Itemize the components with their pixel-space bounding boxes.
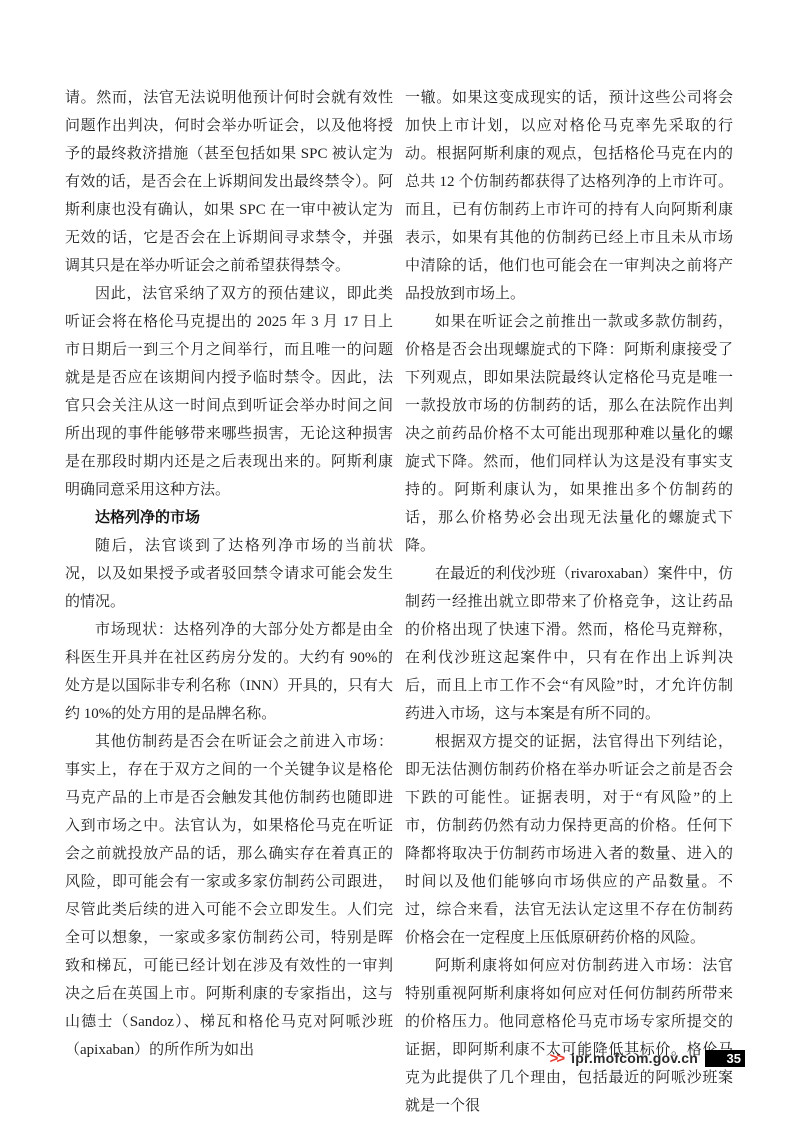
paragraph-price-spiral: 如果在听证会之前推出一款或多款仿制药，价格是否会出现螺旋式的下降：阿斯利康接受了… — [405, 308, 733, 560]
paragraph-hearing-timing: 因此，法官采纳了双方的预估建议，即此类听证会将在格伦马克提出的 2025 年 3… — [65, 280, 393, 504]
paragraph-other-generics: 其他仿制药是否会在听证会之前进入市场：事实上，存在于双方之间的一个关键争议是格伦… — [65, 728, 393, 1064]
footer-site-url: ipr.mofcom.gov.cn — [571, 1050, 698, 1067]
section-heading-dapagliflozin-market: 达格列净的市场 — [65, 504, 393, 532]
paragraph-continuation: 一辙。如果这变成现实的话，预计这些公司将会加快上市计划，以应对格伦马克率先采取的… — [405, 84, 733, 308]
paragraph-continuation: 请。然而，法官无法说明他预计何时会就有效性问题作出判决，何时会举办听证会，以及他… — [65, 84, 393, 280]
paragraph-market-intro: 随后，法官谈到了达格列净市场的当前状况，以及如果授予或者驳回禁令请求可能会发生的… — [65, 532, 393, 616]
paragraph-rivaroxaban-case: 在最近的利伐沙班（rivaroxaban）案件中，仿制药一经推出就立即带来了价格… — [405, 560, 733, 728]
document-page: 请。然而，法官无法说明他预计何时会就有效性问题作出判决，何时会举办听证会，以及他… — [0, 0, 794, 1123]
paragraph-astrazeneca-response: 阿斯利康将如何应对仿制药进入市场：法官特别重视阿斯利康将如何应对任何仿制药所带来… — [405, 952, 733, 1120]
double-chevron-icon: >> — [550, 1050, 564, 1067]
page-number-badge: 35 — [705, 1050, 745, 1067]
left-column: 请。然而，法官无法说明他预计何时会就有效性问题作出判决，何时会举办听证会，以及他… — [65, 84, 393, 1120]
page-footer: >> ipr.mofcom.gov.cn 35 — [550, 1050, 745, 1067]
two-column-text-area: 请。然而，法官无法说明他预计何时会就有效性问题作出判决，何时会举办听证会，以及他… — [65, 84, 733, 1120]
paragraph-judge-conclusion: 根据双方提交的证据，法官得出下列结论，即无法估测仿制药价格在举办听证会之前是否会… — [405, 728, 733, 952]
paragraph-market-status: 市场现状：达格列净的大部分处方都是由全科医生开具并在社区药房分发的。大约有 90… — [65, 616, 393, 728]
right-column: 一辙。如果这变成现实的话，预计这些公司将会加快上市计划，以应对格伦马克率先采取的… — [405, 84, 733, 1120]
